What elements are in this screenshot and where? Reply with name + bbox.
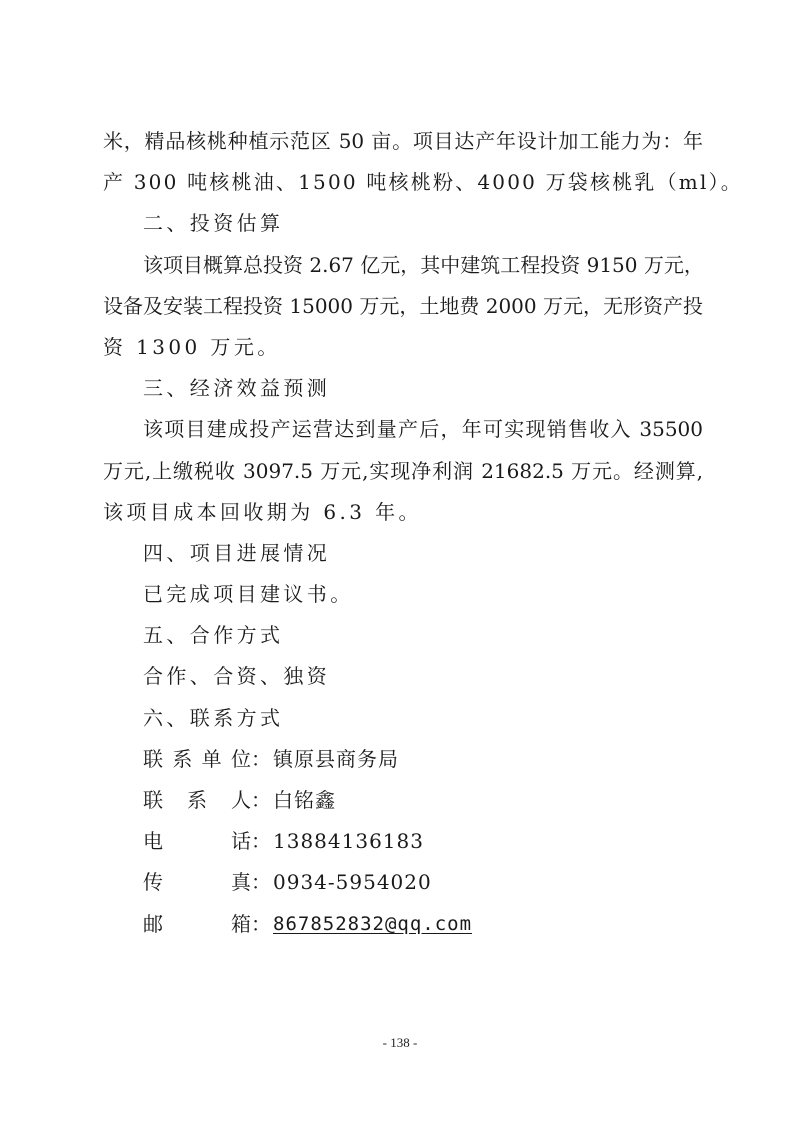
paragraph-line: 已完成项目建议书。 (103, 574, 703, 615)
section-heading-economic-benefit: 三、经济效益预测 (103, 368, 703, 409)
contact-row-person: 联系人 ： 白铭鑫 (103, 780, 703, 821)
contact-colon: ： (251, 904, 273, 945)
page-number: - 138 - (0, 1035, 800, 1051)
paragraph-line: 产 300 吨核桃油、1500 吨核桃粉、4000 万袋核桃乳（ml）。 (103, 162, 703, 203)
contact-row-fax: 传真 ： 0934-5954020 (103, 862, 703, 903)
contact-colon: ： (251, 862, 273, 903)
contact-label: 电话 (143, 821, 251, 862)
contact-value: 0934-5954020 (273, 862, 432, 903)
contact-value: 13884136183 (273, 821, 424, 862)
paragraph-line: 该项目概算总投资 2.67 亿元，其中建筑工程投资 9150 万元， (103, 245, 703, 286)
section-heading-progress: 四、项目进展情况 (103, 533, 703, 574)
contact-label: 传真 (143, 862, 251, 903)
contact-value: 镇原县商务局 (273, 739, 399, 780)
paragraph-line: 该项目建成投产运营达到量产后，年可实现销售收入 35500 (103, 409, 703, 450)
paragraph-line: 资 1300 万元。 (103, 327, 703, 368)
contact-row-phone: 电话 ： 13884136183 (103, 821, 703, 862)
document-page: 米，精品核桃种植示范区 50 亩。项目达产年设计加工能力为：年 产 300 吨核… (103, 121, 703, 945)
paragraph-line: 合作、合资、独资 (103, 656, 703, 697)
contact-label: 联系人 (143, 780, 251, 821)
section-heading-investment: 二、投资估算 (103, 203, 703, 244)
paragraph-line: 设备及安装工程投资 15000 万元，土地费 2000 万元，无形资产投 (103, 286, 703, 327)
paragraph-line: 万元,上缴税收 3097.5 万元,实现净利润 21682.5 万元。经测算, (103, 451, 703, 492)
section-heading-contact: 六、联系方式 (103, 698, 703, 739)
contact-colon: ： (251, 821, 273, 862)
section-heading-cooperation: 五、合作方式 (103, 615, 703, 656)
contact-colon: ： (251, 739, 273, 780)
contact-label: 邮箱 (143, 904, 251, 945)
contact-label: 联系单位 (143, 739, 251, 780)
contact-row-unit: 联系单位 ： 镇原县商务局 (103, 739, 703, 780)
contact-colon: ： (251, 780, 273, 821)
paragraph-line: 米，精品核桃种植示范区 50 亩。项目达产年设计加工能力为：年 (103, 121, 703, 162)
email-link[interactable]: 867852832@qq.com (273, 904, 472, 945)
paragraph-line: 该项目成本回收期为 6.3 年。 (103, 492, 703, 533)
contact-value: 白铭鑫 (273, 780, 336, 821)
contact-row-email: 邮箱 ： 867852832@qq.com (103, 904, 703, 945)
